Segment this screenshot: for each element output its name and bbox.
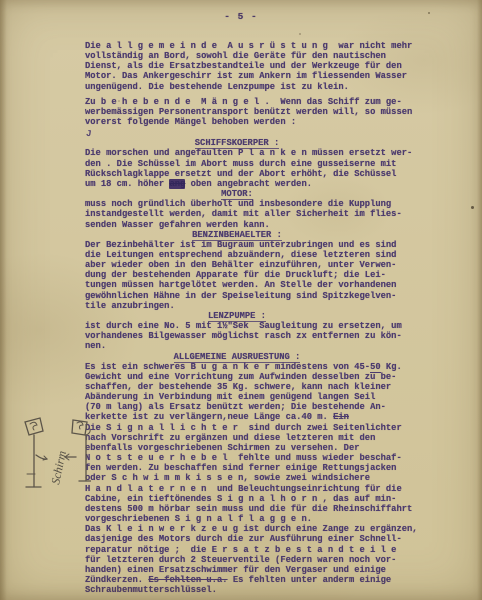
text-segment: ist durch eine No. 5 mit 1½"Sek Saugleit…	[85, 321, 402, 331]
text-line: Abänderung in Verbindung mit einem genüg…	[85, 392, 437, 402]
paper-speck	[299, 33, 301, 35]
text-line: Der Bezinbehälter ist im Bugraum unterzu…	[85, 240, 437, 250]
text-line: nen.	[85, 341, 437, 351]
text-line: (70 m lang) als Ersatz benützt werden; D…	[85, 402, 437, 412]
text-segment: nach Vorschrift zu ergänzen und diese le…	[85, 433, 375, 443]
text-line: Es ist ein schweres B u g a n k e r mind…	[85, 362, 437, 372]
text-line: die Leitungen entsprechend abzuändern, d…	[85, 250, 437, 260]
text-line: ist durch eine No. 5 mit 1½"Sek Saugleit…	[85, 321, 437, 331]
text-line: ungenügend. Die bestehende Lenzpumpe ist…	[85, 82, 437, 92]
handwritten-annotation: Schirm	[48, 449, 69, 485]
text-segment: vorgeschriebenen S i g n a l f l a g g e…	[85, 514, 312, 524]
text-line: vorhandenes Bilgewasser möglichst rasch …	[85, 331, 437, 341]
section-heading: SCHIFFSKOERPER :	[61, 138, 413, 148]
text-segment: vollständig an Bord, sowohl die Geräte f…	[85, 51, 386, 61]
text-segment: Das K l e i n w e r k z e u g ist durch …	[85, 524, 418, 534]
text-segment: Zu b e h e b e n d e M ä n g e l . Wenn …	[85, 97, 402, 107]
text-segment: Es fehlten unter anderm einige	[228, 575, 392, 585]
text-line: Die S i g n a l l i c h t e r sind durch…	[85, 423, 437, 433]
text-segment: kerkette ist zu verlängern,neue Länge ca…	[85, 412, 333, 422]
section-heading: MOTOR:	[61, 189, 413, 199]
text-segment: Es ist ein schweres B u g a n k e r mind…	[85, 362, 370, 372]
text-segment: für letzteren durch 2 Steuerventile (Fed…	[85, 555, 396, 565]
text-segment: Zündkerzen.	[85, 575, 148, 585]
text-segment: schaffen, der bestehende 35 Kg. schwere,…	[85, 382, 391, 392]
text-segment: muss noch gründlich überholt und insbeso…	[85, 199, 391, 209]
section-schiffskoerper: SCHIFFSKOERPER : Die morschen und angefa…	[85, 138, 437, 189]
text-line: schaffen, der bestehende 35 Kg. schwere,…	[85, 382, 437, 392]
text-segment: vorerst folgende Mängel behoben werden :	[85, 117, 296, 127]
text-line: dasjenige des Motors durch die zur Ausfü…	[85, 534, 437, 544]
text-line: Zu b e h e b e n d e M ä n g e l . Wenn …	[85, 97, 437, 107]
text-line: muss noch gründlich überholt und insbeso…	[85, 199, 437, 209]
text-line: Dienst, als die Ersatzbestandteile und d…	[85, 61, 437, 71]
section-benzinbehaelter: BENZINBEHAELTER : Der Bezinbehälter ist …	[85, 230, 437, 311]
text-line: gewöhnlichen Hähne in der Speiseleitung …	[85, 291, 437, 301]
text-segment: um 18 cm. höher	[85, 179, 169, 189]
corrected-text: Es fehlten u.a.	[148, 575, 227, 585]
section-body: muss noch gründlich überholt und insbeso…	[85, 199, 437, 229]
corrected-text: ang	[169, 179, 185, 189]
side-light-screen-sketch-left	[25, 418, 43, 487]
text-segment: Dienst, als die Ersatzbestandteile und d…	[85, 61, 402, 71]
section-body: Die morschen und angefaulten P l a n k e…	[85, 148, 437, 189]
text-line: vorerst folgende Mängel behoben werden :	[85, 117, 437, 127]
text-line: oder S c h w i m m k i s s e n, sowie zw…	[85, 473, 437, 483]
section-lenzpumpe: LENZPUMPE : ist durch eine No. 5 mit 1½"…	[85, 311, 437, 352]
text-segment: gewöhnlichen Hähne in der Speiseleitung …	[85, 291, 396, 301]
text-segment: tungen müssen hartgelötet werden. An Ste…	[85, 280, 396, 290]
text-segment: Der Bezinbehälter ist im Bugraum unterzu…	[85, 240, 396, 250]
section-body: Es ist ein schweres B u g a n k e r mind…	[85, 362, 437, 596]
text-segment: N o t s t e u e r h e b e l fehlte und m…	[85, 453, 402, 463]
text-line: senden Wasser gefahren werden kann.	[85, 220, 437, 230]
text-segment: reparatur nötige ; die E r s a t z b e s…	[85, 545, 396, 555]
paragraph-defects-intro: Zu b e h e b e n d e M ä n g e l . Wenn …	[85, 97, 437, 127]
text-segment: dung der bestehenden Apparate für die Dr…	[85, 270, 386, 280]
text-line: fen werden. Zu beschaffen sind ferner ei…	[85, 463, 437, 473]
text-segment: Abänderung in Verbindung mit einem genüg…	[85, 392, 375, 402]
text-segment: Gewicht und eine Vorrichtung zum Aufwind…	[85, 372, 396, 382]
text-line: Die a l l g e m e i n d e A u s r ü s t …	[85, 41, 437, 51]
text-line: N o t s t e u e r h e b e l fehlte und m…	[85, 453, 437, 463]
text-segment: Motor. Das Ankergeschirr ist zum Ankern …	[85, 71, 407, 81]
text-line: dung der bestehenden Apparate für die Dr…	[85, 270, 437, 280]
text-line: destens 500 m hörbar sein muss und die f…	[85, 504, 437, 514]
text-segment: ungenügend. Die bestehende Lenzpumpe ist…	[85, 82, 349, 92]
corrected-text: Ein	[333, 412, 349, 422]
text-segment: die Leitungen entsprechend abzuändern, d…	[85, 250, 396, 260]
text-line: den . Die Schüssel im Abort muss durch e…	[85, 159, 437, 169]
text-segment: tile anzubringen.	[85, 301, 175, 311]
text-segment: Schraubenmutterschlüssel.	[85, 585, 217, 595]
text-line: werbemässigen Personentransport benützt …	[85, 107, 437, 117]
section-heading-text: LENZPUMPE :	[208, 311, 266, 322]
text-segment: Rückschlagklappe ersetzt und der Abort e…	[85, 169, 396, 179]
section-allgemeine-ausruestung: ALLGEMEINE AUSRUESTUNG : Es ist ein schw…	[85, 352, 437, 596]
text-line: H a n d l a t e r n e n und Beleuchtungs…	[85, 484, 437, 494]
text-segment: instandgestellt werden, damit mit aller …	[85, 209, 402, 219]
text-segment: werbemässigen Personentransport benützt …	[85, 107, 412, 117]
arrow-right-icon	[36, 455, 47, 460]
text-line: Motor. Das Ankergeschirr ist zum Ankern …	[85, 71, 437, 81]
text-segment: Die S i g n a l l i c h t e r sind durch…	[85, 423, 402, 433]
section-heading-text: BENZINBEHAELTER :	[192, 230, 282, 241]
text-segment: fen werden. Zu beschaffen sind ferner ei…	[85, 463, 396, 473]
section-heading-text: MOTOR:	[221, 189, 253, 200]
text-line: Gewicht und eine Vorrichtung zum Aufwind…	[85, 372, 437, 382]
text-line: ebenfalls vorgeschriebenen Schirmen zu v…	[85, 443, 437, 453]
text-segment: destens 500 m hörbar sein muss und die f…	[85, 504, 412, 514]
text-segment: vorhandenes Bilgewasser möglichst rasch …	[85, 331, 402, 341]
text-segment: senden Wasser gefahren werden kann.	[85, 220, 270, 230]
text-line: tile anzubringen.	[85, 301, 437, 311]
text-line: vollständig an Bord, sowohl die Geräte f…	[85, 51, 437, 61]
text-line: Die morschen und angefaulten P l a n k e…	[85, 148, 437, 158]
text-line: nach Vorschrift zu ergänzen und diese le…	[85, 433, 437, 443]
text-segment: Die morschen und angefaulten P l a n k e…	[85, 148, 412, 158]
text-line: reparatur nötige ; die E r s a t z b e s…	[85, 545, 437, 555]
text-line: Rückschlagklappe ersetzt und der Abort e…	[85, 169, 437, 179]
text-segment: oder S c h w i m m k i s s e n, sowie zw…	[85, 473, 370, 483]
text-line: handen) einen Ersatzschwimmer für den Ve…	[85, 565, 437, 575]
scanned-document-page: - 5 - Die a l l g e m e i n d e A u s r …	[0, 0, 482, 600]
section-heading: LENZPUMPE :	[61, 311, 413, 321]
text-line: Zündkerzen. Es fehlten u.a. Es fehlten u…	[85, 575, 437, 585]
section-body: Der Bezinbehälter ist im Bugraum unterzu…	[85, 240, 437, 311]
text-segment: Kg.	[381, 362, 402, 372]
section-body: ist durch eine No. 5 mit 1½"Sek Saugleit…	[85, 321, 437, 351]
page-number: - 5 -	[0, 11, 482, 22]
text-segment: nen.	[85, 341, 106, 351]
text-line: Das K l e i n w e r k z e u g ist durch …	[85, 524, 437, 534]
text-segment: oben angebracht werden.	[185, 179, 312, 189]
text-segment: Die a l l g e m e i n d e A u s r ü s t …	[85, 41, 412, 51]
text-line: kerkette ist zu verlängern,neue Länge ca…	[85, 412, 437, 422]
text-segment: handen) einen Ersatzschwimmer für den Ve…	[85, 565, 386, 575]
section-heading-text: ALLGEMEINE AUSRUESTUNG :	[174, 352, 301, 363]
text-segment: aber wieder oben in den Behälter einzufü…	[85, 260, 396, 270]
text-segment: ebenfalls vorgeschriebenen Schirmen zu v…	[85, 443, 360, 453]
text-segment: Cabine, ein tieftönendes S i g n a l h o…	[85, 494, 396, 504]
paper-speck	[471, 206, 474, 209]
section-motor: MOTOR: muss noch gründlich überholt und …	[85, 189, 437, 230]
paper-speck	[428, 12, 430, 14]
section-heading-text: SCHIFFSKOERPER :	[195, 138, 279, 149]
text-segment: (70 m lang) als Ersatz benützt werden; D…	[85, 402, 386, 412]
text-line: für letzteren durch 2 Steuerventile (Fed…	[85, 555, 437, 565]
document-body: Die a l l g e m e i n d e A u s r ü s t …	[85, 41, 437, 595]
text-line: aber wieder oben in den Behälter einzufü…	[85, 260, 437, 270]
section-heading: BENZINBEHAELTER :	[61, 230, 413, 240]
side-light-screen-sketch-right	[72, 420, 91, 481]
paragraph-general-equipment: Die a l l g e m e i n d e A u s r ü s t …	[85, 41, 437, 92]
text-line: vorgeschriebenen S i g n a l f l a g g e…	[85, 514, 437, 524]
text-segment: den . Die Schüssel im Abort muss durch e…	[85, 159, 396, 169]
section-heading: ALLGEMEINE AUSRUESTUNG :	[61, 352, 413, 362]
text-line: Schraubenmutterschlüssel.	[85, 585, 437, 595]
margin-pencil-sketch: Schirm	[3, 415, 91, 511]
text-line: instandgestellt werden, damit mit aller …	[85, 209, 437, 219]
text-line: Cabine, ein tieftönendes S i g n a l h o…	[85, 494, 437, 504]
text-line: tungen müssen hartgelötet werden. An Ste…	[85, 280, 437, 290]
text-line: um 18 cm. höher ang oben angebracht werd…	[85, 179, 437, 189]
paper-speck	[118, 100, 120, 102]
text-segment: dasjenige des Motors durch die zur Ausfü…	[85, 534, 402, 544]
text-segment: H a n d l a t e r n e n und Beleuchtungs…	[85, 484, 402, 494]
